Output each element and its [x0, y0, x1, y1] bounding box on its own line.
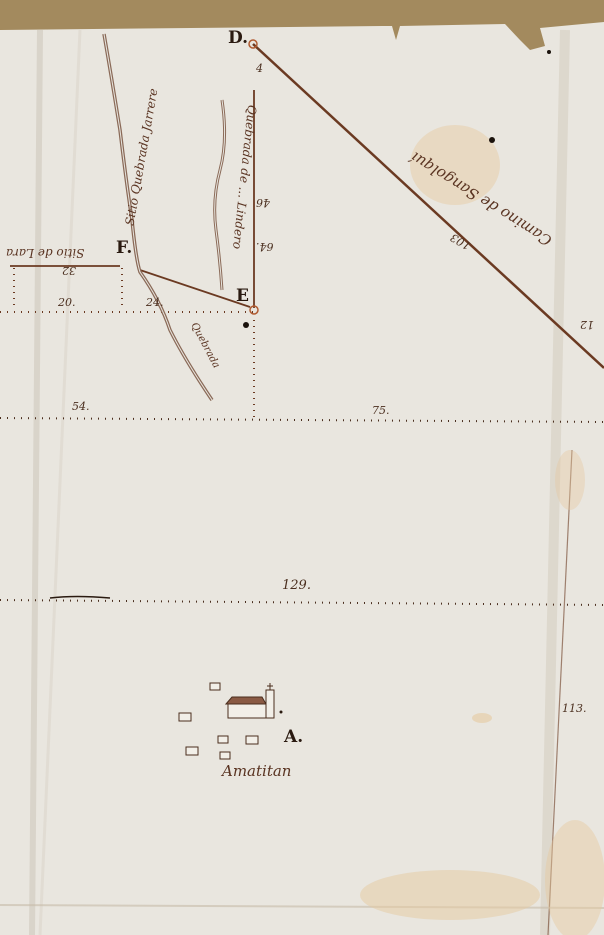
measure-54: 54. [72, 400, 90, 413]
measure-113: 113. [562, 702, 587, 715]
measure-diagonal-edge: 12 [580, 318, 594, 331]
survey-map: D. E F. A. 4 46 64. 103 12 32 20. 24. 54… [0, 0, 604, 935]
point-f-label: F. [116, 238, 132, 258]
point-a-label: A. [284, 727, 303, 747]
point-d-label: D. [228, 28, 248, 48]
top-left-label: Sitio de Lara [6, 246, 84, 260]
paper-sheet [0, 22, 604, 935]
measure-f-bottom: 20. [58, 296, 76, 309]
point-e-label: E [236, 286, 249, 306]
measure-75: 75. [372, 404, 390, 417]
measure-fe: 24. [146, 296, 164, 309]
map-drawing [0, 0, 604, 935]
measure-f-left: 32 [62, 264, 76, 277]
measure-de-lower: 64. [256, 240, 274, 253]
measure-129: 129. [282, 578, 311, 593]
measure-de-upper: 4 [256, 62, 263, 75]
measure-de-mid: 46 [256, 196, 270, 209]
town-name-label: Amatitan [222, 762, 291, 780]
